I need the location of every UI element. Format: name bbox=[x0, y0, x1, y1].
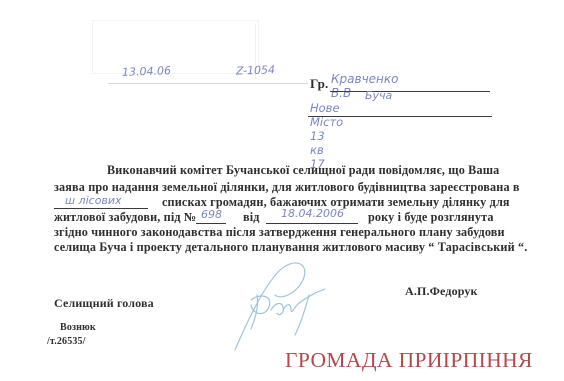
registration-date: 13.04.06 bbox=[122, 64, 171, 79]
registration-list-date: 18.04.2006 bbox=[281, 207, 344, 220]
executor-name: Вознюк bbox=[60, 322, 96, 333]
list-type-field: ш лісових bbox=[65, 194, 122, 207]
addressee-name-line bbox=[330, 91, 490, 92]
executor-phone: /т.26535/ bbox=[47, 336, 86, 347]
scan-artifact bbox=[92, 20, 259, 74]
registration-list-number: 698 bbox=[201, 208, 222, 221]
body-line-1: Виконавчий комітет Бучанської селищної р… bbox=[107, 163, 499, 178]
list-number-line bbox=[196, 223, 226, 224]
body-line-4-end: року і буде розглянута bbox=[368, 210, 494, 225]
watermark-brand: ГРОМАДА ПРИІРПІННЯ bbox=[285, 348, 533, 373]
signature-icon bbox=[225, 255, 335, 355]
signatory-name: А.П.Федорук bbox=[405, 284, 478, 299]
addressee-street-line bbox=[308, 116, 492, 117]
registration-line bbox=[108, 83, 308, 84]
body-line-4-mid: від bbox=[243, 210, 260, 225]
list-date-line bbox=[266, 223, 358, 224]
body-line-5: згідно чинного законодавства після затве… bbox=[54, 225, 505, 240]
registration-number: Z-1054 bbox=[236, 63, 275, 77]
list-type-line bbox=[54, 208, 148, 209]
addressee-prefix: Гр. bbox=[310, 76, 328, 92]
body-line-2: заява про надання земельної ділянки, для… bbox=[54, 180, 520, 195]
addressee-street: Нове Місто 13 кв 17 bbox=[310, 101, 343, 171]
addressee-city: Буча bbox=[365, 89, 392, 102]
body-line-4-start: житлової забудови, під № bbox=[54, 210, 196, 225]
body-line-6: селища Буча і проекту детального планува… bbox=[54, 240, 527, 255]
signatory-title: Селищний голова bbox=[54, 296, 154, 311]
